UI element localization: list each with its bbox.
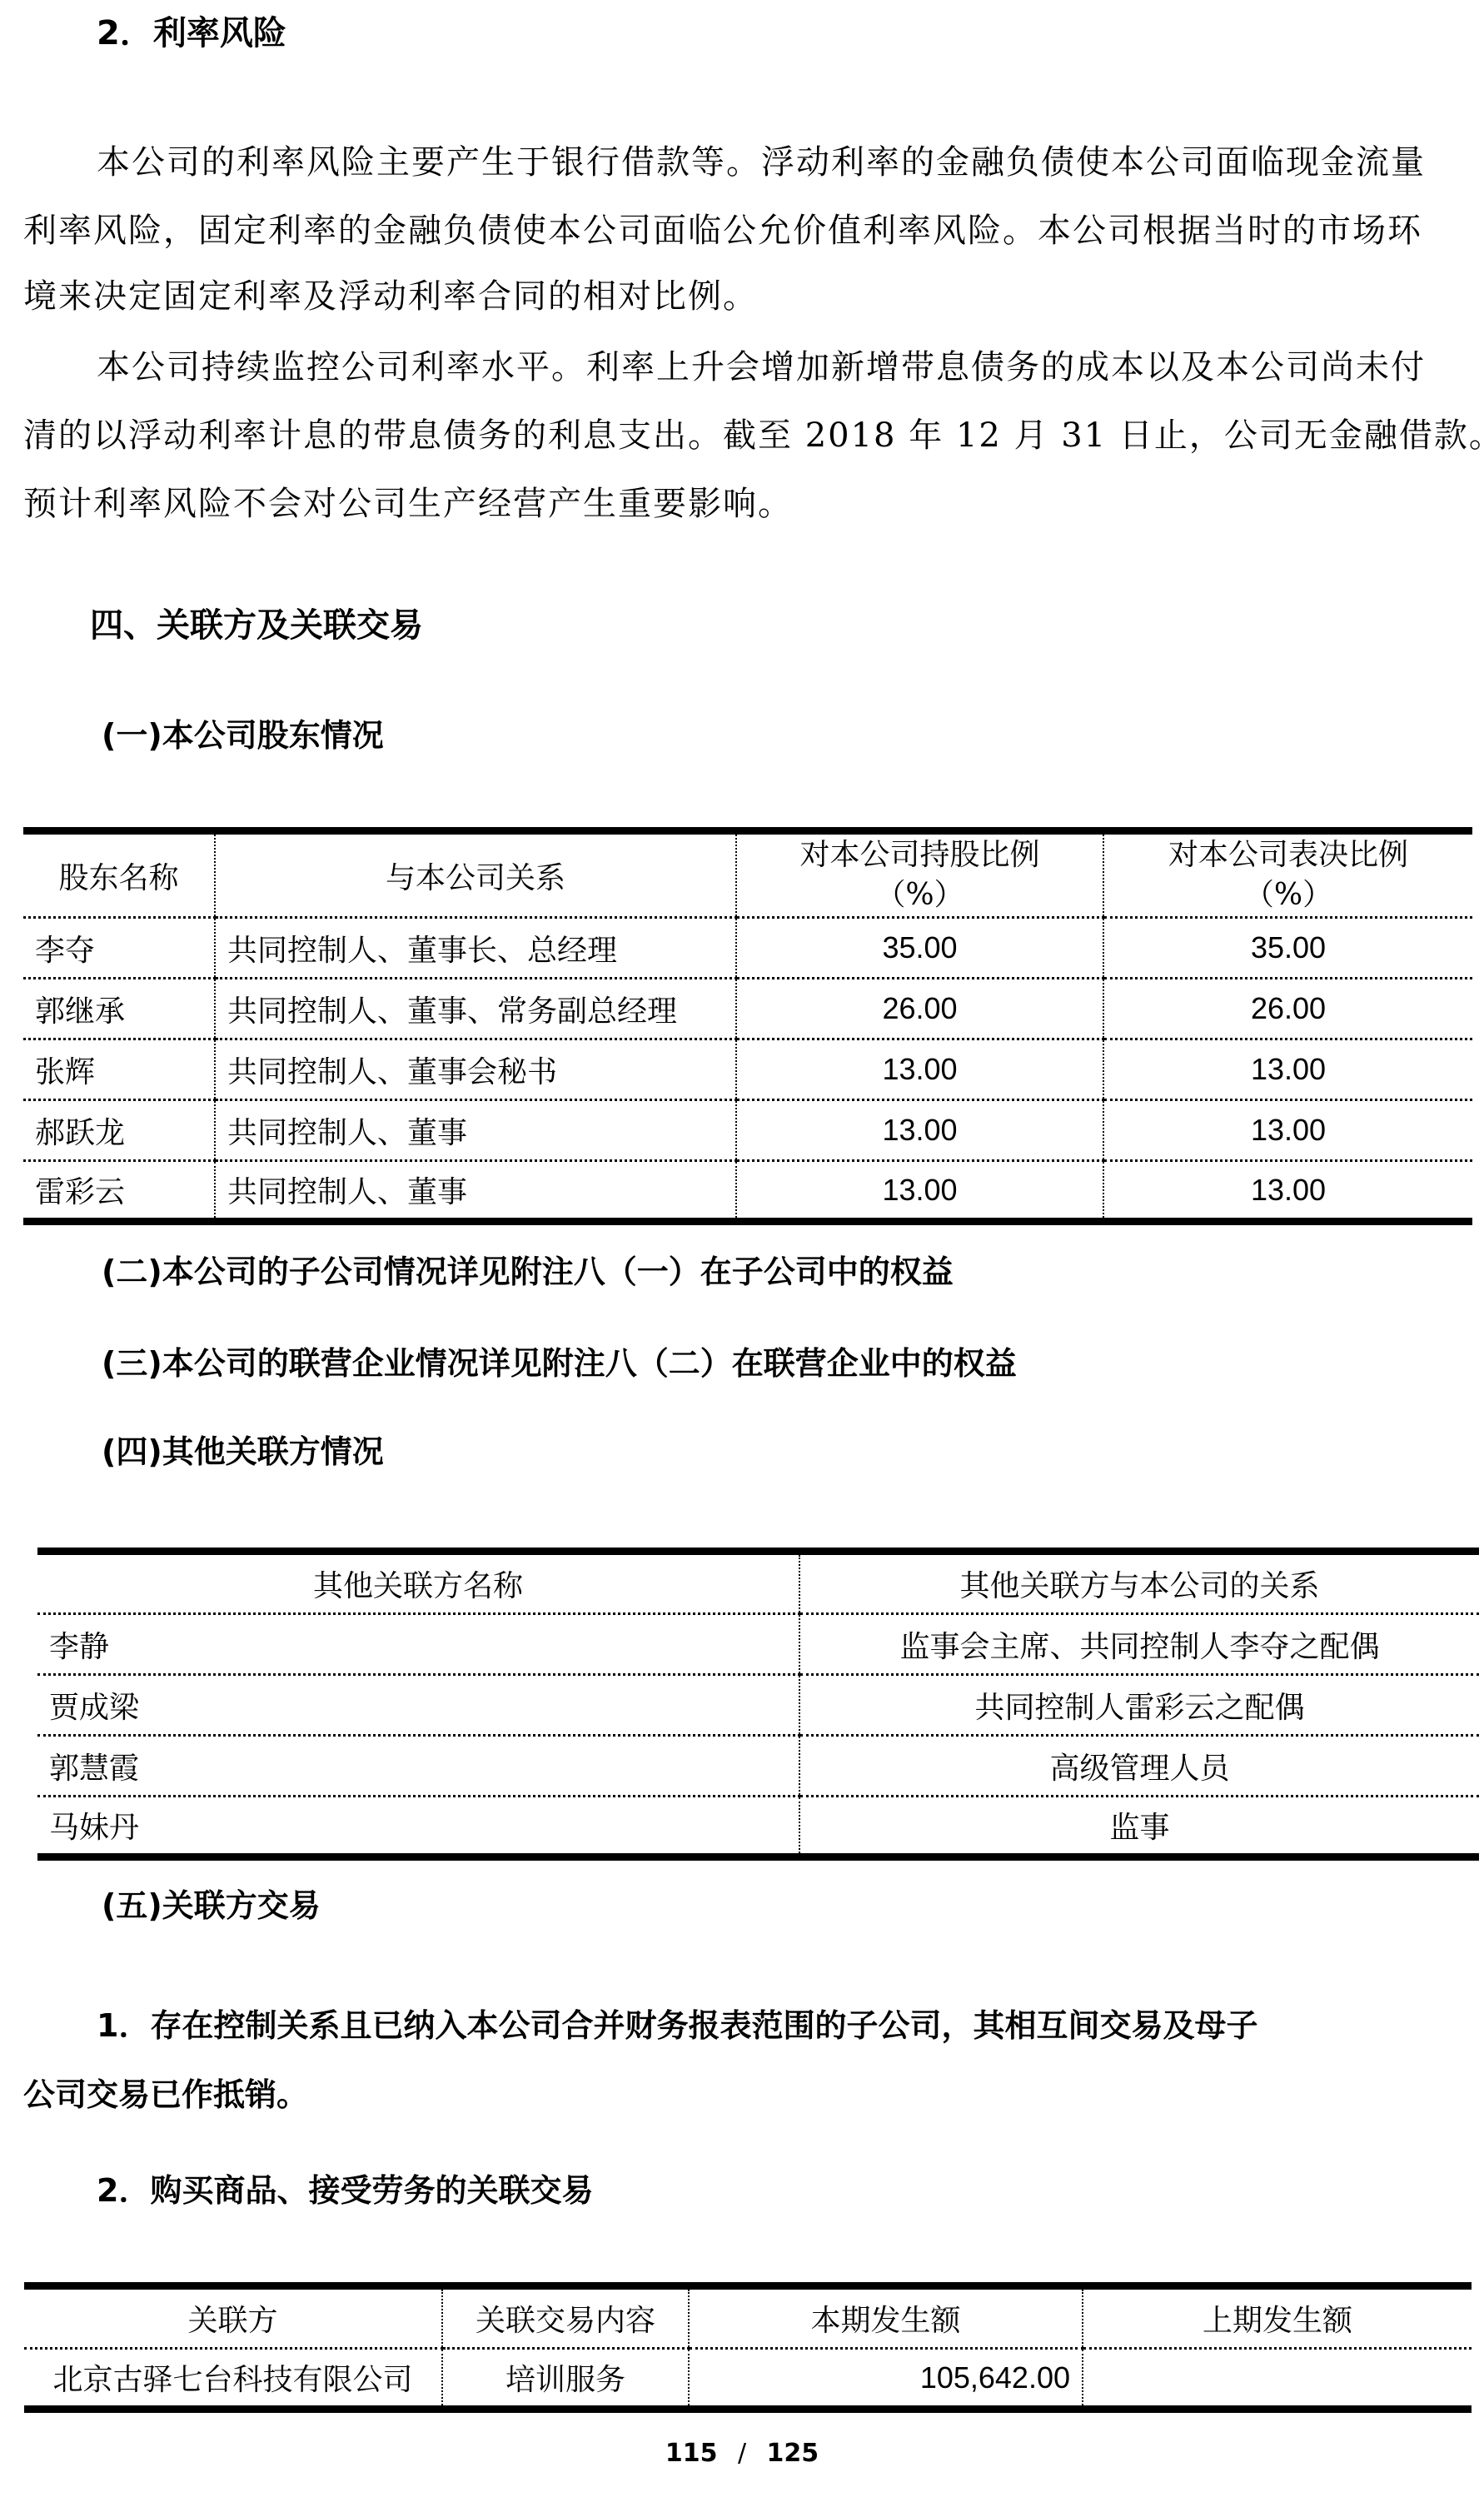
header-cell: 对本公司表决比例 （%） <box>1103 831 1472 918</box>
table-row: 李夺 共同控制人、董事长、总经理 35.00 35.00 <box>23 918 1472 979</box>
shareholder-name: 雷彩云 <box>23 1161 215 1222</box>
party-name: 贾成梁 <box>37 1675 799 1736</box>
shareholder-name: 张辉 <box>23 1039 215 1100</box>
transaction-content: 培训服务 <box>442 2349 689 2410</box>
table-header-row: 其他关联方名称 其他关联方与本公司的关系 <box>37 1552 1479 1614</box>
voting-ratio: 13.00 <box>1103 1161 1472 1222</box>
holding-ratio: 13.00 <box>736 1161 1103 1222</box>
relationship: 共同控制人、董事会秘书 <box>215 1039 736 1100</box>
shareholder-name: 郝跃龙 <box>23 1100 215 1161</box>
shareholders-table: 股东名称 与本公司关系 对本公司持股比例 （%） 对本公司表决比例 （%） 李夺… <box>23 827 1472 1225</box>
header-cell: 本期发生额 <box>689 2286 1083 2349</box>
header-cell: 关联方 <box>24 2286 442 2349</box>
related-party-name: 北京古驿七台科技有限公司 <box>24 2349 442 2410</box>
header-unit: （%） <box>1116 875 1461 915</box>
header-cell: 对本公司持股比例 （%） <box>736 831 1103 918</box>
table-row: 雷彩云 共同控制人、董事 13.00 13.00 <box>23 1161 1472 1222</box>
party-relationship: 高级管理人员 <box>799 1736 1479 1797</box>
paragraph-line: 本公司持续监控公司利率水平。利率上升会增加新增带息债务的成本以及本公司尚未付 <box>97 347 1426 387</box>
transactions-item1-line: 公司交易已作抵销。 <box>23 2075 308 2115</box>
page-number: 115 / 125 <box>0 2439 1484 2468</box>
party-relationship: 共同控制人雷彩云之配偶 <box>799 1675 1479 1736</box>
paragraph-line: 预计利率风险不会对公司生产经营产生重要影响。 <box>23 484 793 524</box>
prior-period-amount <box>1083 2349 1472 2410</box>
section-heading-related-parties: 四、关联方及关联交易 <box>90 606 423 645</box>
paragraph-line: 清的以浮动利率计息的带息债务的利息支出。截至 2018 年 12 月 31 日止… <box>23 416 1484 456</box>
shareholder-name: 李夺 <box>23 918 215 979</box>
header-cell: 其他关联方与本公司的关系 <box>799 1552 1479 1614</box>
relationship: 共同控制人、董事、常务副总经理 <box>215 979 736 1039</box>
section-heading-interest-risk: 2．利率风险 <box>97 13 286 53</box>
table-row: 贾成梁 共同控制人雷彩云之配偶 <box>37 1675 1479 1736</box>
party-relationship: 监事 <box>799 1797 1479 1857</box>
header-cell: 股东名称 <box>23 831 215 918</box>
table-row: 马妹丹 监事 <box>37 1797 1479 1857</box>
header-cell: 关联交易内容 <box>442 2286 689 2349</box>
paragraph-line: 境来决定固定利率及浮动利率合同的相对比例。 <box>23 277 758 316</box>
voting-ratio: 13.00 <box>1103 1039 1472 1100</box>
current-period-amount: 105,642.00 <box>689 2349 1083 2410</box>
page-total: 125 <box>767 2439 819 2468</box>
paragraph-line: 本公司的利率风险主要产生于银行借款等。浮动利率的金融负债使本公司面临现金流量 <box>97 142 1426 182</box>
page-current: 115 <box>665 2439 718 2468</box>
party-relationship: 监事会主席、共同控制人李夺之配偶 <box>799 1614 1479 1675</box>
voting-ratio: 13.00 <box>1103 1100 1472 1161</box>
table-row: 郭慧霞 高级管理人员 <box>37 1736 1479 1797</box>
subsection-heading-shareholders: (一)本公司股东情况 <box>102 715 384 755</box>
header-cell: 与本公司关系 <box>215 831 736 918</box>
subsection-heading-other-parties: (四)其他关联方情况 <box>102 1432 384 1472</box>
table-row: 郝跃龙 共同控制人、董事 13.00 13.00 <box>23 1100 1472 1161</box>
header-cell: 其他关联方名称 <box>37 1552 799 1614</box>
subsection-heading-subsidiaries: (二)本公司的子公司情况详见附注八（一）在子公司中的权益 <box>102 1252 954 1292</box>
party-name: 李静 <box>37 1614 799 1675</box>
table-row: 李静 监事会主席、共同控制人李夺之配偶 <box>37 1614 1479 1675</box>
holding-ratio: 35.00 <box>736 918 1103 979</box>
party-name: 郭慧霞 <box>37 1736 799 1797</box>
party-name: 马妹丹 <box>37 1797 799 1857</box>
voting-ratio: 35.00 <box>1103 918 1472 979</box>
subsection-heading-transactions: (五)关联方交易 <box>102 1886 321 1926</box>
header-unit: （%） <box>749 875 1091 915</box>
table-row: 郭继承 共同控制人、董事、常务副总经理 26.00 26.00 <box>23 979 1472 1039</box>
table-header-row: 关联方 关联交易内容 本期发生额 上期发生额 <box>24 2286 1472 2349</box>
holding-ratio: 26.00 <box>736 979 1103 1039</box>
shareholder-name: 郭继承 <box>23 979 215 1039</box>
table-header-row: 股东名称 与本公司关系 对本公司持股比例 （%） 对本公司表决比例 （%） <box>23 831 1472 918</box>
holding-ratio: 13.00 <box>736 1039 1103 1100</box>
table-row: 北京古驿七台科技有限公司 培训服务 105,642.00 <box>24 2349 1472 2410</box>
purchase-transactions-table: 关联方 关联交易内容 本期发生额 上期发生额 北京古驿七台科技有限公司 培训服务… <box>24 2282 1472 2413</box>
subsection-heading-associates: (三)本公司的联营企业情况详见附注八（二）在联营企业中的权益 <box>102 1343 1017 1383</box>
transactions-item1-line: 1．存在控制关系且已纳入本公司合并财务报表范围的子公司，其相互间交易及母子 <box>97 2006 1257 2046</box>
relationship: 共同控制人、董事 <box>215 1100 736 1161</box>
table-row: 张辉 共同控制人、董事会秘书 13.00 13.00 <box>23 1039 1472 1100</box>
other-related-parties-table: 其他关联方名称 其他关联方与本公司的关系 李静 监事会主席、共同控制人李夺之配偶… <box>37 1548 1479 1861</box>
relationship: 共同控制人、董事 <box>215 1161 736 1222</box>
header-label: 对本公司表决比例 <box>1116 835 1461 875</box>
page-separator: / <box>738 2439 746 2468</box>
header-label: 对本公司持股比例 <box>749 835 1091 875</box>
holding-ratio: 13.00 <box>736 1100 1103 1161</box>
header-cell: 上期发生额 <box>1083 2286 1472 2349</box>
paragraph-line: 利率风险，固定利率的金融负债使本公司面临公允价值利率风险。本公司根据当时的市场环 <box>23 211 1422 251</box>
transactions-item2-heading: 2．购买商品、接受劳务的关联交易 <box>97 2171 593 2210</box>
voting-ratio: 26.00 <box>1103 979 1472 1039</box>
relationship: 共同控制人、董事长、总经理 <box>215 918 736 979</box>
